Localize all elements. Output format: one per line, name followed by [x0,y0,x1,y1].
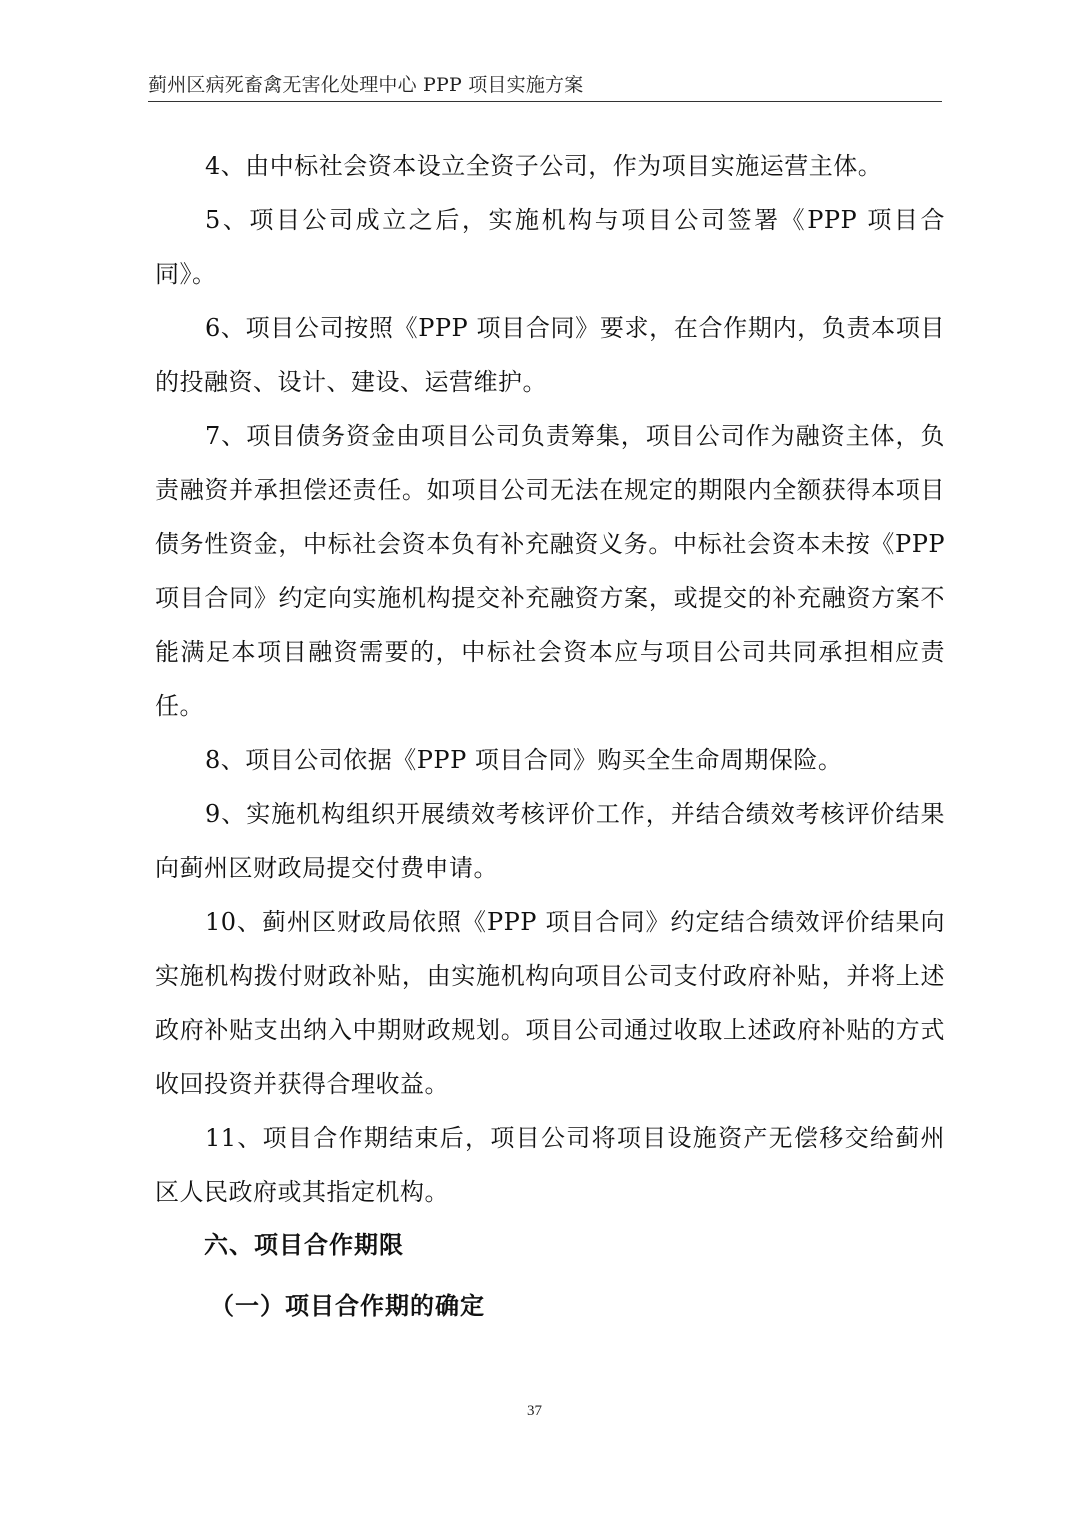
paragraph-item-5: 5、项目公司成立之后，实施机构与项目公司签署《PPP 项目合同》。 [155,193,945,301]
paragraph-item-11: 11、项目合作期结束后，项目公司将项目设施资产无偿移交给蓟州区人民政府或其指定机… [155,1111,945,1219]
paragraph-item-7: 7、项目债务资金由项目公司负责筹集，项目公司作为融资主体，负责融资并承担偿还责任… [155,409,945,733]
paragraph-item-4: 4、由中标社会资本设立全资子公司，作为项目实施运营主体。 [155,139,945,193]
section-subheading: （一）项目合作期的确定 [210,1291,485,1321]
page-header: 蓟州区病死畜禽无害化处理中心 PPP 项目实施方案 [148,74,942,102]
paragraph-item-10: 10、蓟州区财政局依照《PPP 项目合同》约定结合绩效评价结果向实施机构拨付财政… [155,895,945,1111]
paragraph-item-9: 9、实施机构组织开展绩效考核评价工作，并结合绩效考核评价结果向蓟州区财政局提交付… [155,787,945,895]
body-text: 4、由中标社会资本设立全资子公司，作为项目实施运营主体。 5、项目公司成立之后，… [155,139,945,1219]
paragraph-item-6: 6、项目公司按照《PPP 项目合同》要求，在合作期内，负责本项目的投融资、设计、… [155,301,945,409]
document-title: 蓟州区病死畜禽无害化处理中心 PPP 项目实施方案 [148,74,942,96]
paragraph-item-8: 8、项目公司依据《PPP 项目合同》购买全生命周期保险。 [155,733,945,787]
page-number: 37 [0,1403,1069,1420]
section-heading: 六、项目合作期限 [204,1230,404,1260]
